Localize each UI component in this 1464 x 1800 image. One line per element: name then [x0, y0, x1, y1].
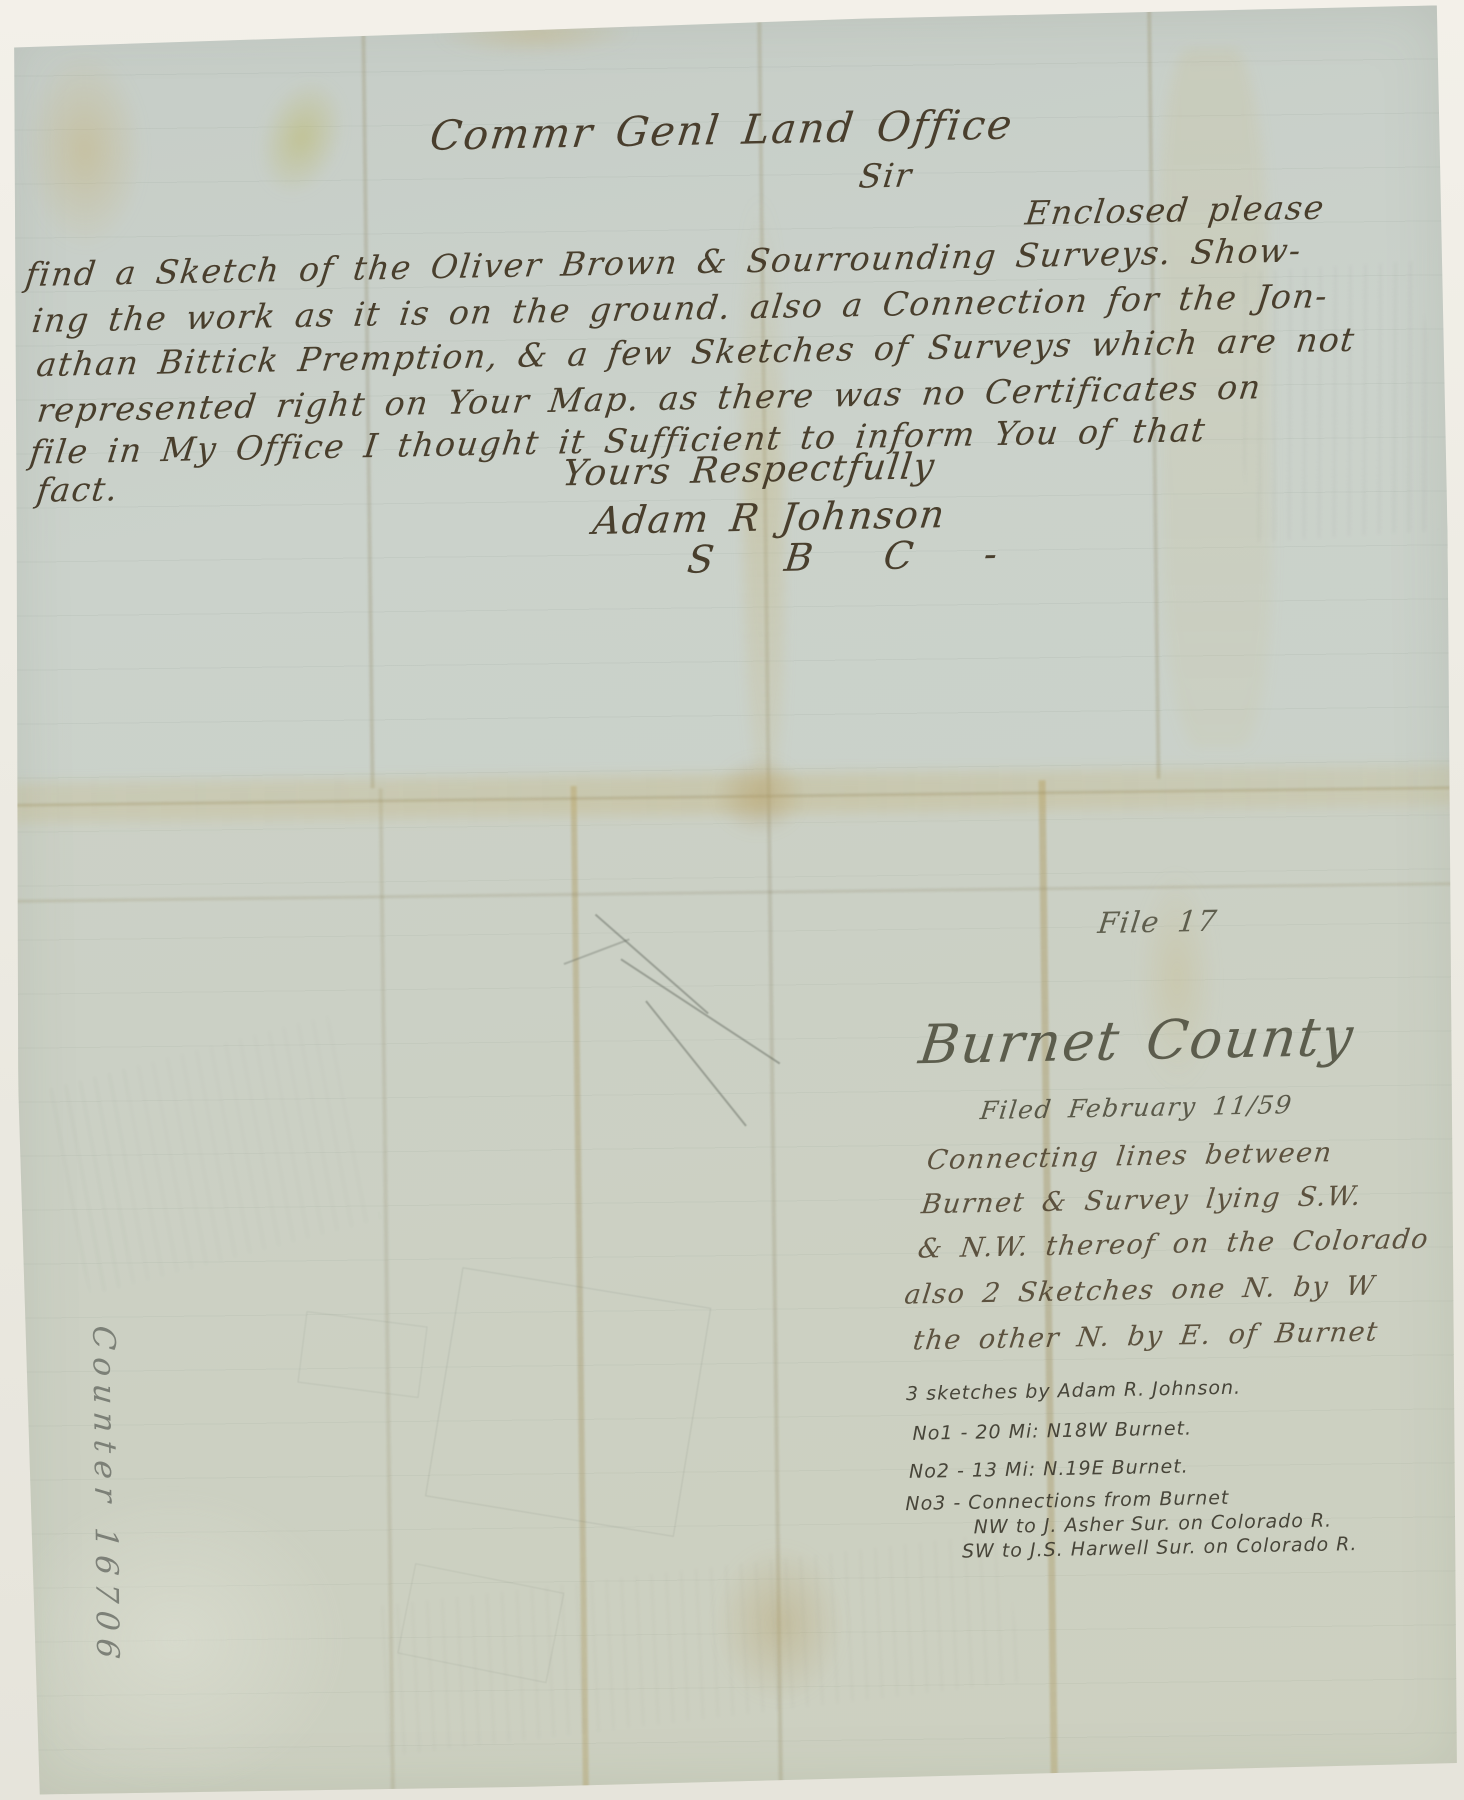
- letter-closing: Yours Respectfully: [560, 446, 938, 494]
- letter-heading: Commr Genl Land Office: [427, 100, 1016, 159]
- sketch-show-through-box-small: [297, 1311, 427, 1398]
- counter-number: Counter 16706: [85, 1324, 125, 1668]
- letter-body-line: fact.: [35, 469, 121, 510]
- file-number: File 17: [1096, 904, 1220, 940]
- letter-salutation: Sir: [857, 156, 915, 196]
- stain-top-left: [24, 49, 146, 250]
- letter-signature-initials: S B C -: [685, 531, 1026, 582]
- stamp-ghost: [244, 67, 359, 207]
- stain-center-crease: [739, 193, 786, 793]
- stain-top-edge: [435, 9, 636, 57]
- paper-sheet: Commr Genl Land Office Sir Enclosed plea…: [5, 5, 1463, 1794]
- county-heading: Burnet County: [916, 1005, 1358, 1076]
- scanned-document-photo: Commr Genl Land Office Sir Enclosed plea…: [0, 0, 1464, 1800]
- sketch-show-through-box-large: [425, 1267, 711, 1537]
- filed-date: Filed February 11/59: [979, 1090, 1295, 1125]
- letter-opening-phrase: Enclosed please: [1023, 188, 1327, 233]
- stain-bottom-center: [714, 1543, 846, 1705]
